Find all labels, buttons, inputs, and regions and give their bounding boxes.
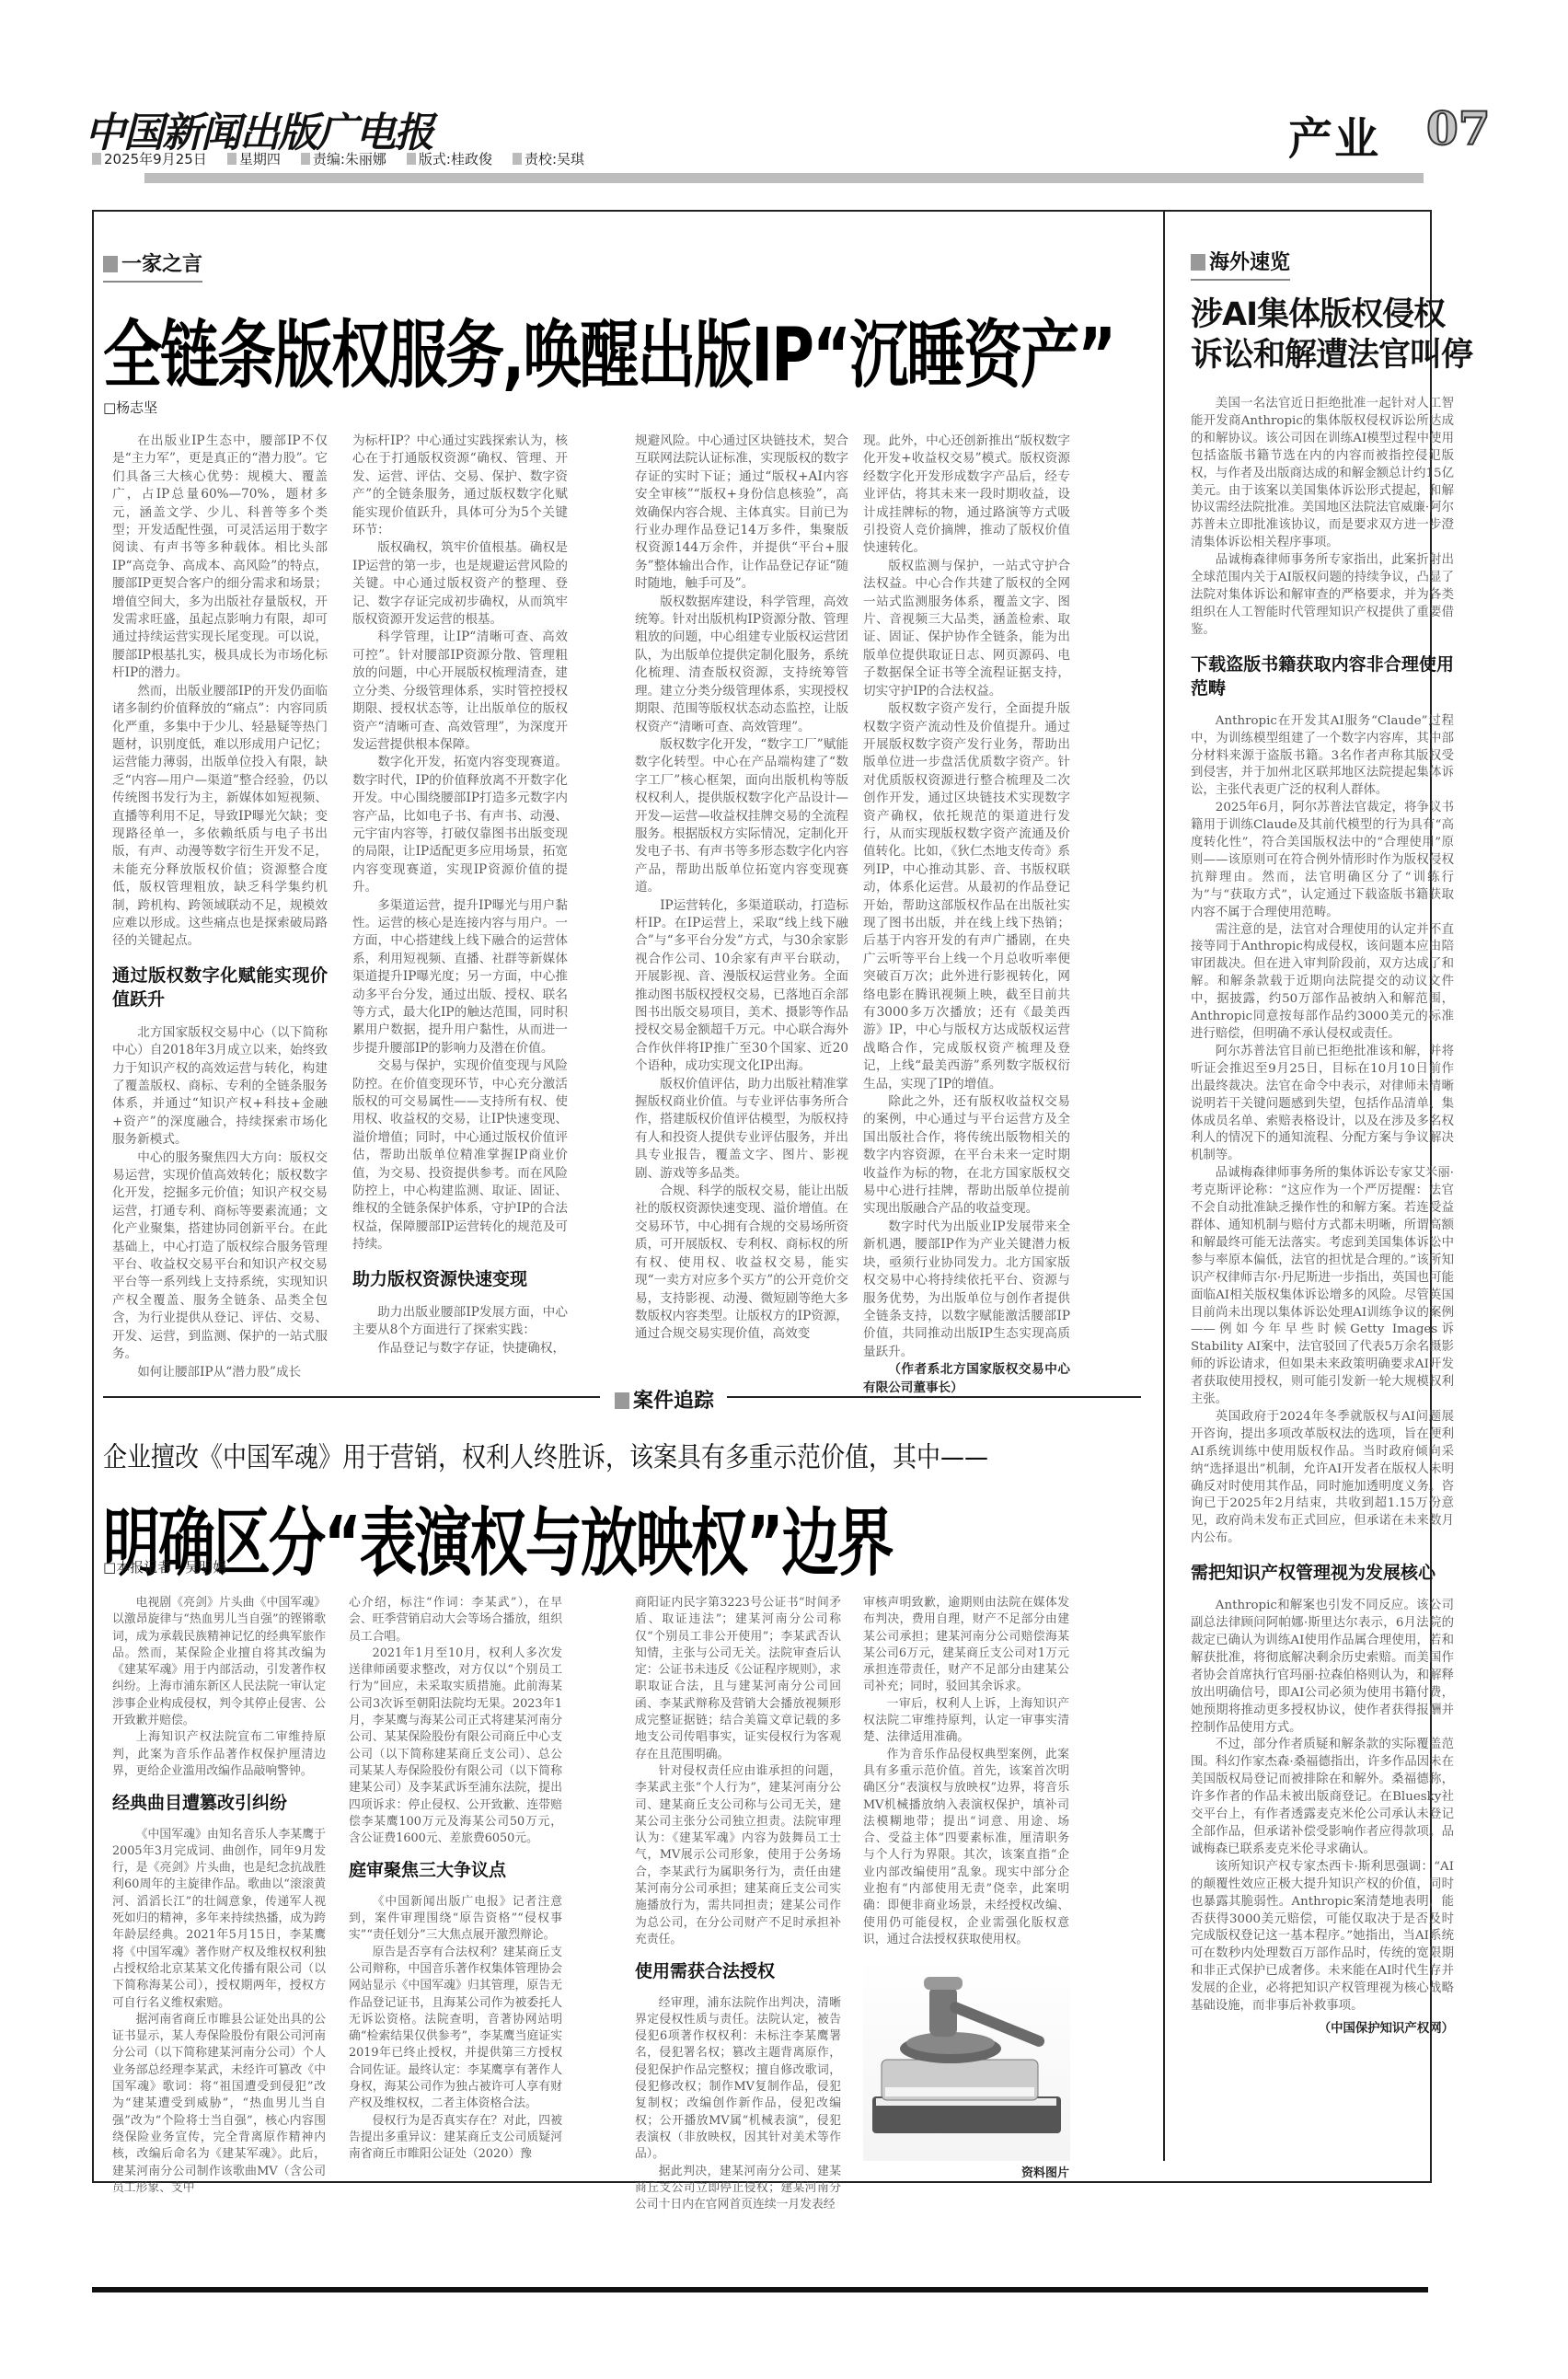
feature-column-4: 现。此外，中心还创新推出“版权数字化开发+收益权交易”模式。版权资源经数字化开发… xyxy=(863,433,1070,1397)
feature-headline: 全链条版权服务,唤醒出版IP“沉睡资产” xyxy=(103,296,1114,402)
paragraph: 合规、科学的版权交易，能让出版社的版权资源快速变现、溢价增值。在交易环节，中心拥… xyxy=(635,1183,848,1344)
paragraph: 经审理，浦东法院作出判决，清晰界定侵权性质与责任。法院认定，被告侵犯6项著作权权… xyxy=(635,1995,841,2164)
issue-meta: 2025年9月25日 星期四 责编:朱丽娜 版式:桂政俊 责校:吴琪 xyxy=(92,149,584,168)
paragraph: 不过，部分作者质疑和解条款的实际覆盖范围。科幻作家杰森·桑福德指出，许多作品因未… xyxy=(1191,1737,1454,1858)
case-subheadline: 企业擅改《中国军魂》用于营销，权利人终胜诉，该案具有多重示范价值，其中—— xyxy=(103,1436,988,1475)
sidebar-body: 美国一名法官近日拒绝批准一起针对人工智能开发商Anthropic的集体版权侵权诉… xyxy=(1191,396,1454,2038)
paragraph: 2025年6月，阿尔苏普法官裁定，将争议书籍用于训练Claude及其前代模型的行… xyxy=(1191,800,1454,921)
paragraph: 版权确权，筑牢价值根基。确权是IP运营的第一步，也是规避运营风险的关键。中心通过… xyxy=(352,539,568,629)
case-byline: □本报记者 吴明娟 xyxy=(103,1557,226,1576)
gavel-books-photo xyxy=(863,1958,1070,2161)
masthead-rule xyxy=(144,173,1424,183)
case-column-2: 心介绍，标注“作词：李某武”），在早会、旺季营销启动大会等场合播放，组织员工合唱… xyxy=(349,1595,562,2164)
paragraph: 品诚梅森律师事务所的集体诉讼专家艾米丽·考克斯评论称：“这应作为一个严厉提醒：法… xyxy=(1191,1165,1454,1409)
editor-credit: 责编:朱丽娜 xyxy=(301,149,386,168)
subheading: 需把知识产权管理视为发展核心 xyxy=(1191,1561,1454,1585)
paragraph: 规避风险。中心通过区块链技术，契合互联网法院认证标准，实现版权的数字存证的实时下… xyxy=(635,433,848,594)
subheading: 经典曲目遭篡改引纠纷 xyxy=(112,1795,326,1811)
paragraph: Anthropic和解案也引发不同反应。该公司副总法律顾问阿帕娜·斯里达尔表示，… xyxy=(1191,1598,1454,1737)
feature-column-1: 在出版业IP生态中，腰部IP不仅是“主力军”，更是真正的“潜力股”。它们具备三大… xyxy=(112,433,328,1381)
paragraph: 阿尔苏普法官目前已拒绝批准该和解，并将听证会推迟至9月25日，目标在10月10日… xyxy=(1191,1044,1454,1165)
author-credit: （作者系北方国家版权交易中心有限公司董事长） xyxy=(863,1361,1070,1397)
case-tag: 案件追踪 xyxy=(615,1385,714,1417)
sidebar-source-credit: （中国保护知识产权网） xyxy=(1191,2021,1454,2038)
paragraph: 中心的服务聚焦四大方向：版权交易运营，实现价值高效转化；版权数字化开发，挖掘多元… xyxy=(112,1149,328,1364)
paragraph: 美国一名法官近日拒绝批准一起针对人工智能开发商Anthropic的集体版权侵权诉… xyxy=(1191,396,1454,552)
paragraph: 审核声明致歉，逾期则由法院在媒体发布判决，费用自理，财产不足部分由建某公司承担；… xyxy=(863,1595,1069,1696)
page-bottom-rule xyxy=(92,2287,1428,2292)
case-column-4: 审核声明致歉，逾期则由法院在媒体发布判决，费用自理，财产不足部分由建某公司承担；… xyxy=(863,1595,1069,1948)
sidebar-tag: 海外速览 xyxy=(1191,247,1290,281)
paragraph: 为标杆IP？中心通过实践探索认为，核心在于打通版权资源“确权、管理、开发、运营、… xyxy=(352,433,568,539)
issue-weekday: 星期四 xyxy=(227,149,281,168)
subheading: 通过版权数字化赋能实现价值跃升 xyxy=(112,964,328,1011)
paragraph: 助力出版业腰部IP发展方面，中心主要从8个方面进行了探索实践： xyxy=(352,1304,568,1340)
subheading: 助力版权资源快速变现 xyxy=(352,1267,568,1291)
paragraph: 数字化开发，拓宽内容变现赛道。数字时代，IP的价值释放离不开数字化开发。中心围绕… xyxy=(352,754,568,896)
paragraph: 《中国新闻出版广电报》记者注意到，案件审理围绕“原告资格”“侵权事实”“责任划分… xyxy=(349,1894,562,1945)
layout-credit: 版式:桂政俊 xyxy=(407,149,492,168)
feature-column-2: 为标杆IP？中心通过实践探索认为，核心在于打通版权资源“确权、管理、开发、运营、… xyxy=(352,433,568,1357)
proofreader-credit: 责校:吴琪 xyxy=(513,149,584,168)
feature-column-3: 规避风险。中心通过区块链技术，契合互联网法院认证标准，实现版权的数字存证的实时下… xyxy=(635,433,848,1344)
paragraph: 一审后，权利人上诉，上海知识产权法院二审维持原判，认定一审事实清楚、法律适用准确… xyxy=(863,1696,1069,1747)
subheading: 庭审聚焦三大争议点 xyxy=(349,1862,562,1878)
paragraph: 上海知识产权法院宣布二审维持原判，此案为音乐作品著作权保护厘清边界，更给企业滥用… xyxy=(112,1729,326,1780)
paragraph: 据此判决，建某河南分公司、建某商丘支公司立即停止侵权；建某河南分公司十日内在官网… xyxy=(635,2164,841,2214)
paragraph: 英国政府于2024年冬季就版权与AI问题展开咨询，提出多项改革版权法的选项，旨在… xyxy=(1191,1409,1454,1548)
paragraph: 作品登记与数字存证，快捷确权， xyxy=(352,1340,568,1357)
feature-byline: □杨志坚 xyxy=(103,398,157,417)
gavel-icon xyxy=(863,1958,1070,2161)
issue-date: 2025年9月25日 xyxy=(92,149,207,168)
paragraph: 然而，出版业腰部IP的开发仍面临诸多制约价值释放的“痛点”：内容同质化严重，多集… xyxy=(112,683,328,951)
paragraph: 交易与保护，实现价值变现与风险防控。在价值变现环节，中心充分激活版权的可交易属性… xyxy=(352,1057,568,1253)
paragraph: 版权数字化开发，“数字工厂”赋能数字化转型。中心在产品端构建了“数字工厂”核心框… xyxy=(635,736,848,897)
subheading: 使用需获合法授权 xyxy=(635,1963,841,1980)
paragraph: IP运营转化，多渠道联动，打造标杆IP。在IP运营上，采取“线上线下融合”与“多… xyxy=(635,897,848,1076)
paragraph: 原告是否享有合法权利？建某商丘支公司辩称，中国音乐著作权集体管理协会网站显示《中… xyxy=(349,1945,562,2113)
paragraph: 侵权行为是否真实存在？对此，四被告提出多重异议：建某商丘支公司质疑河南省商丘市睢… xyxy=(349,2113,562,2164)
paragraph: 版权数字资产发行，全面提升版权数字资产流动性及价值提升。通过开展版权数字资产发行… xyxy=(863,700,1070,1093)
case-column-1: 电视剧《亮剑》片头曲《中国军魂》以激昂旋律与“热血男儿当自强”的铿锵歌词，成为承… xyxy=(112,1595,326,2197)
feature-tag: 一家之言 xyxy=(103,248,202,283)
paragraph: 心介绍，标注“作词：李某武”），在早会、旺季营销启动大会等场合播放，组织员工合唱… xyxy=(349,1595,562,1646)
section-name: 产业 xyxy=(1288,103,1380,167)
paragraph: 版权数据库建设，科学管理，高效统筹。针对出版机构IP资源分散、管理粗放的问题，中… xyxy=(635,594,848,736)
paragraph: 电视剧《亮剑》片头曲《中国军魂》以激昂旋律与“热血男儿当自强”的铿锵歌词，成为承… xyxy=(112,1595,326,1729)
paragraph: 2021年1月至10月，权利人多次发送律师函要求整改，对方仅以“个别员工行为”回… xyxy=(349,1646,562,1848)
paragraph: 商阳证内民字第3223号公证书“时间矛盾、取证违法”；建某河南分公司称仅“个别员… xyxy=(635,1595,841,1763)
paragraph: 数字时代为出版业IP发展带来全新机遇，腰部IP作为产业关键潜力板块，亟须行业协同… xyxy=(863,1218,1070,1361)
paragraph: 现。此外，中心还创新推出“版权数字化开发+收益权交易”模式。版权资源经数字化开发… xyxy=(863,433,1070,558)
paragraph: 据河南省商丘市睢县公证处出具的公证书显示，某人寿保险股份有限公司河南分公司（以下… xyxy=(112,2012,326,2197)
paragraph: 版权价值评估，助力出版社精准掌握版权商业价值。与专业评估事务所合作，搭建版权价值… xyxy=(635,1076,848,1183)
paragraph: 需注意的是，法官对合理使用的认定并不直接等同于Anthropic构成侵权，该问题… xyxy=(1191,922,1454,1044)
paragraph: 多渠道运营，提升IP曝光与用户黏性。运营的核心是连接内容与用户。一方面，中心搭建… xyxy=(352,897,568,1058)
paragraph: 该所知识产权专家杰西卡·斯利思强调：“AI的颠覆性效应正极大提升知识产权的价值，… xyxy=(1191,1859,1454,2015)
paragraph: 作为音乐作品侵权典型案例，此案具有多重示范价值。首先，该案首次明确区分“表演权与… xyxy=(863,1747,1069,1949)
subheading: 下载盗版书籍获取内容非合理使用范畴 xyxy=(1191,652,1454,700)
paragraph: Anthropic在开发其AI服务“Claude”过程中，为训练模型组建了一个数… xyxy=(1191,713,1454,801)
paragraph: 除此之外，还有版权收益权交易的案例，中心通过与平台运营方及全国出版社合作，将传统… xyxy=(863,1093,1070,1218)
case-rule-right xyxy=(727,1396,1141,1398)
paragraph: 《中国军魂》由知名音乐人李某鹰于2005年3月完成词、曲创作，同年9月发行，是《… xyxy=(112,1827,326,2012)
paragraph: 针对侵权责任应由谁承担的问题，李某武主张“个人行为”，建某河南分公司、建某商丘支… xyxy=(635,1763,841,1948)
sidebar-divider xyxy=(1163,210,1165,2161)
sidebar-headline: 涉AI集体版权侵权 诉讼和解遭法官叫停 xyxy=(1191,294,1472,375)
paragraph: 如何让腰部IP从“潜力股”成长 xyxy=(112,1364,328,1381)
case-rule-left xyxy=(103,1396,600,1398)
paragraph: 版权监测与保护，一站式守护合法权益。中心合作共建了版权的全网一站式监测服务体系，… xyxy=(863,558,1070,700)
photo-caption: 资料图片 xyxy=(1021,2163,1069,2180)
paragraph: 品诚梅森律师事务所专家指出，此案折射出全球范围内关于AI版权问题的持续争议，凸显… xyxy=(1191,552,1454,640)
case-column-3: 商阳证内民字第3223号公证书“时间矛盾、取证违法”；建某河南分公司称仅“个别员… xyxy=(635,1595,841,2213)
page-number: 07 xyxy=(1426,101,1491,156)
paragraph: 在出版业IP生态中，腰部IP不仅是“主力军”，更是真正的“潜力股”。它们具备三大… xyxy=(112,433,328,683)
paragraph: 北方国家版权交易中心（以下简称中心）自2018年3月成立以来，始终致力于知识产权… xyxy=(112,1024,328,1149)
paragraph: 科学管理，让IP“清晰可查、高效可控”。针对腰部IP资源分散、管理粗放的问题，中… xyxy=(352,629,568,754)
